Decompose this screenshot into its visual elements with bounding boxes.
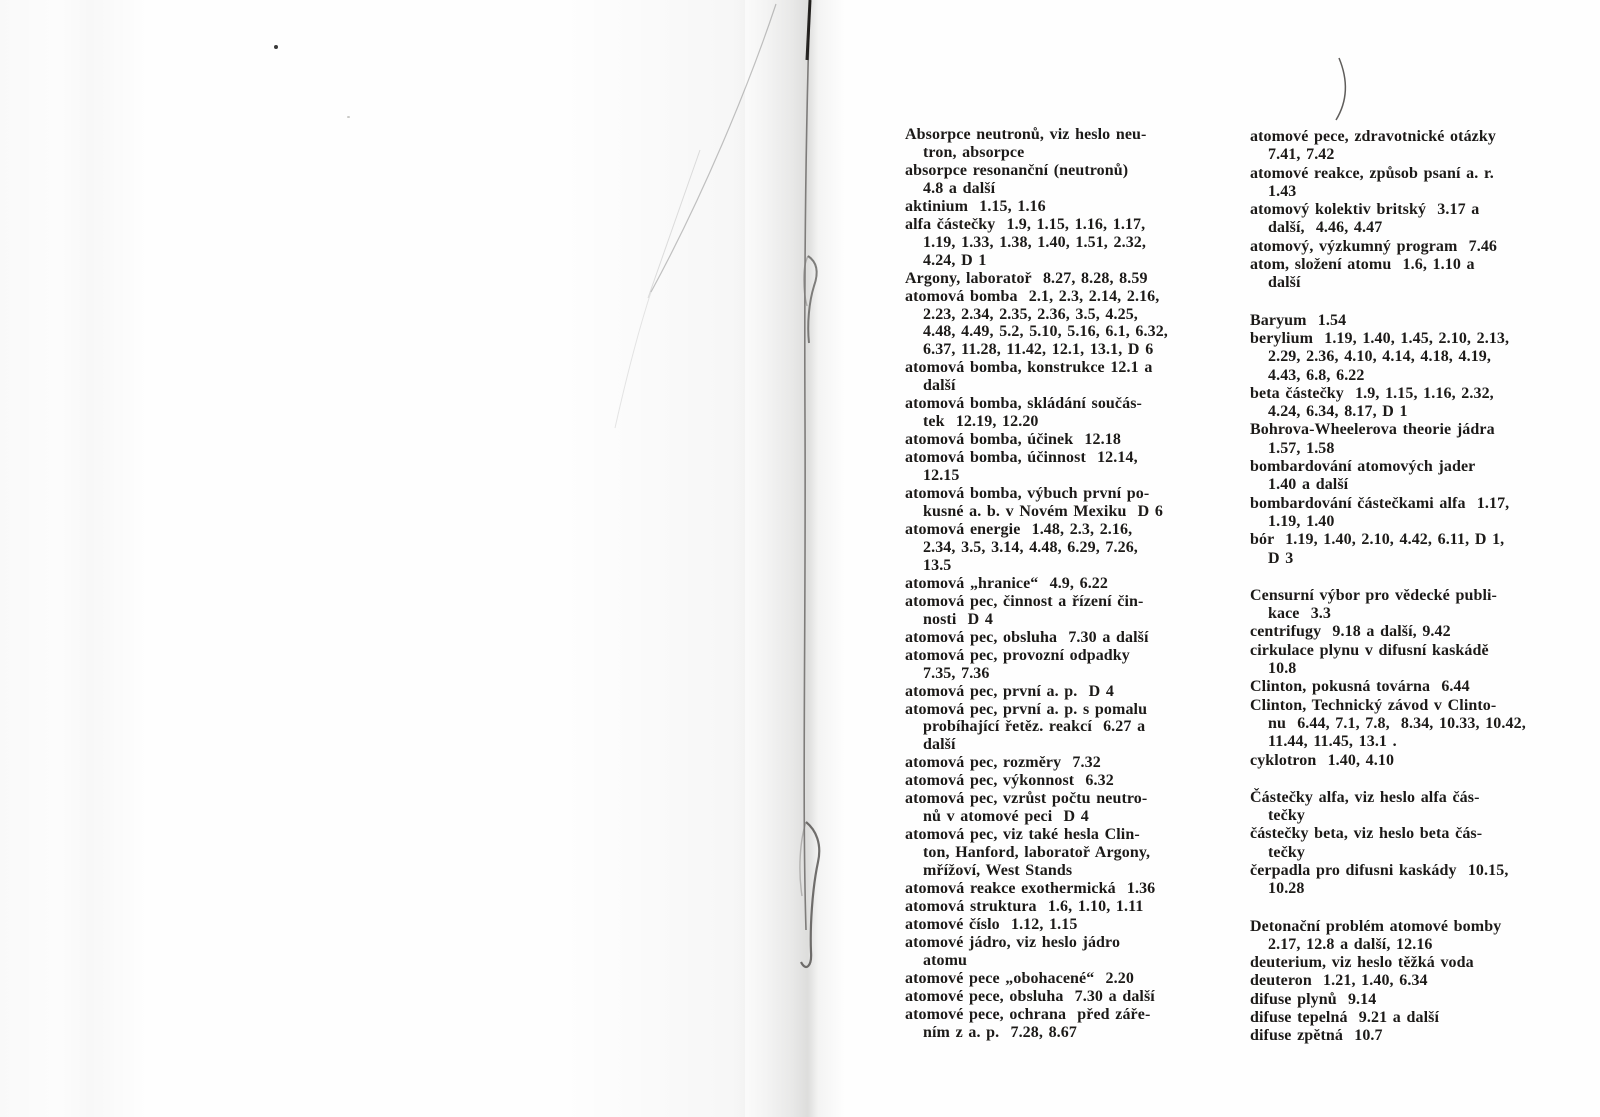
index-entry-line: 2.23, 2.34, 2.35, 2.36, 3.5, 4.25, [905,306,1205,324]
index-entry: atomová struktura 1.6, 1.10, 1.11 [905,898,1205,916]
index-entry-line: čerpadla pro difusni kaskády 10.15, [1250,862,1555,880]
index-entry: atomová bomba, výbuch první po-kusné a. … [905,485,1205,521]
index-entry-line: tron, absorpce [905,144,1205,162]
index-entry-line: další [905,736,1205,754]
index-entry-line: 1.19, 1.33, 1.38, 1.40, 1.51, 2.32, [905,234,1205,252]
index-entry-line: deuterium, viz heslo těžká voda [1250,954,1555,972]
index-column-left: Absorpce neutronů, viz heslo neu-tron, a… [905,126,1205,1042]
index-entry: atomová bomba 2.1, 2.3, 2.14, 2.16,2.23,… [905,288,1205,360]
index-entry-line: nů v atomové peci D 4 [905,808,1205,826]
index-entry-line: alfa částečky 1.9, 1.15, 1.16, 1.17, [905,216,1205,234]
index-entry: atomová pec, výkonnost 6.32 [905,772,1205,790]
index-entry-line: 4.24, 6.34, 8.17, D 1 [1250,403,1555,421]
index-entry: atomové pece, zdravotnické otázky7.41, 7… [1250,128,1555,165]
index-entry-line: 10.28 [1250,880,1555,898]
index-entry-line: atomová struktura 1.6, 1.10, 1.11 [905,898,1205,916]
index-entry-line: 1.57, 1.58 [1250,440,1555,458]
index-entry-line: 1.19, 1.40 [1250,513,1555,531]
index-entry: atomová pec, první a. p. D 4 [905,683,1205,701]
index-entry-line: atom, složení atomu 1.6, 1.10 a [1250,256,1555,274]
index-entry: atomová bomba, konstrukce 12.1 adalší [905,359,1205,395]
index-entry-line: difuse tepelná 9.21 a další [1250,1009,1555,1027]
index-entry-line: další, 4.46, 4.47 [1250,219,1555,237]
index-entry-line: difuse plynů 9.14 [1250,991,1555,1009]
index-entry-line: 2.29, 2.36, 4.10, 4.14, 4.18, 4.19, [1250,348,1555,366]
index-entry-line: atomové pece „obohacené“ 2.20 [905,970,1205,988]
index-entry-line: bombardování atomových jader [1250,458,1555,476]
index-entry-line: 10.8 [1250,660,1555,678]
index-entry-line: atomový kolektiv britský 3.17 a [1250,201,1555,219]
index-entry: aktinium 1.15, 1.16 [905,198,1205,216]
index-entry-line: atomová pec, první a. p. s pomalu [905,701,1205,719]
index-entry-line: atomová bomba, skládání součás- [905,395,1205,413]
index-entry: difuse tepelná 9.21 a další [1250,1009,1555,1027]
index-entry: atomový kolektiv britský 3.17 adalší, 4.… [1250,201,1555,238]
index-entry-line: 7.35, 7.36 [905,665,1205,683]
index-entry-line: D 3 [1250,550,1555,568]
index-entry-line: berylium 1.19, 1.40, 1.45, 2.10, 2.13, [1250,330,1555,348]
index-entry: bór 1.19, 1.40, 2.10, 4.42, 6.11, D 1,D … [1250,531,1555,568]
index-entry-line: centrifugy 9.18 a další, 9.42 [1250,623,1555,641]
index-entry: atomová „hranice“ 4.9, 6.22 [905,575,1205,593]
index-entry-line: atomové reakce, způsob psaní a. r. [1250,165,1555,183]
index-entry-line: 4.48, 4.49, 5.2, 5.10, 5.16, 6.1, 6.32, [905,323,1205,341]
index-entry: deuteron 1.21, 1.40, 6.34 [1250,972,1555,990]
index-entry: čerpadla pro difusni kaskády 10.15,10.28 [1250,862,1555,899]
index-entry: Absorpce neutronů, viz heslo neu-tron, a… [905,126,1205,162]
index-entry-line: Censurní výbor pro vědecké publi- [1250,587,1555,605]
index-column-right: atomové pece, zdravotnické otázky7.41, 7… [1250,128,1555,1046]
index-entry: bombardování částečkami alfa 1.17,1.19, … [1250,495,1555,532]
index-entry-line: atomové pece, zdravotnické otázky [1250,128,1555,146]
index-entry-line: Částečky alfa, viz heslo alfa čás- [1250,789,1555,807]
index-entry-line: další [905,377,1205,395]
index-entry-line: atomová pec, výkonnost 6.32 [905,772,1205,790]
index-entry-line: bombardování částečkami alfa 1.17, [1250,495,1555,513]
index-entry: atomové pece, ochrana před záře-ním z a.… [905,1006,1205,1042]
index-entry: atomová bomba, skládání součás-tek 12.19… [905,395,1205,431]
index-entry-line: další [1250,274,1555,292]
index-entry: atomové jádro, viz heslo jádroatomu [905,934,1205,970]
index-entry-line: beta částečky 1.9, 1.15, 1.16, 2.32, [1250,385,1555,403]
index-entry: atomové pece „obohacené“ 2.20 [905,970,1205,988]
index-entry: absorpce resonanční (neutronů)4.8 a dalš… [905,162,1205,198]
index-entry-line: 13.5 [905,557,1205,575]
binding-gutter [735,0,845,1117]
index-entry-line: tečky [1250,807,1555,825]
index-entry-line: cirkulace plynu v difusní kaskádě [1250,642,1555,660]
index-entry: Bohrova-Wheelerova theorie jádra1.57, 1.… [1250,421,1555,458]
index-entry-line: kace 3.3 [1250,605,1555,623]
index-entry: částečky beta, viz heslo beta čás-tečky [1250,825,1555,862]
index-entry-line: 4.24, D 1 [905,252,1205,270]
index-entry-line: atomová pec, obsluha 7.30 a další [905,629,1205,647]
index-entry-line: Clinton, pokusná továrna 6.44 [1250,678,1555,696]
book-scan: Rejstřík věcný 249 Absorpce neutronů, vi… [0,0,1600,1117]
index-entry-line: 1.43 [1250,183,1555,201]
index-entry: atomová pec, vzrůst počtu neutro-nů v at… [905,790,1205,826]
index-entry-line: atomové jádro, viz heslo jádro [905,934,1205,952]
index-entry: atomová pec, viz také hesla Clin-ton, Ha… [905,826,1205,880]
left-blank-page [0,0,745,1117]
index-entry-line: atomová pec, první a. p. D 4 [905,683,1205,701]
index-entry-line: atomové číslo 1.12, 1.15 [905,916,1205,934]
index-entry-line: tek 12.19, 12.20 [905,413,1205,431]
index-entry-line: probíhající řetěz. reakcí 6.27 a [905,718,1205,736]
index-entry-line: 4.8 a další [905,180,1205,198]
index-entry: difuse zpětná 10.7 [1250,1027,1555,1045]
index-entry-line: 7.41, 7.42 [1250,146,1555,164]
index-entry: atomová bomba, účinnost 12.14,12.15 [905,449,1205,485]
index-entry-line: atomová bomba, účinnost 12.14, [905,449,1205,467]
index-entry-line: 12.15 [905,467,1205,485]
index-entry-line: částečky beta, viz heslo beta čás- [1250,825,1555,843]
index-entry-line: atomová bomba 2.1, 2.3, 2.14, 2.16, [905,288,1205,306]
index-entry-line: 6.37, 11.28, 11.42, 12.1, 13.1, D 6 [905,341,1205,359]
index-entry-line: atomová reakce exothermická 1.36 [905,880,1205,898]
index-entry-line: atomová pec, rozměry 7.32 [905,754,1205,772]
index-entry-line: tečky [1250,844,1555,862]
index-entry-line: atomová bomba, výbuch první po- [905,485,1205,503]
index-entry-line: ton, Hanford, laboratoř Argony, [905,844,1205,862]
index-entry: cyklotron 1.40, 4.10 [1250,752,1555,770]
index-entry-line: atomové pece, obsluha 7.30 a další [905,988,1205,1006]
index-entry: Baryum 1.54 [1250,312,1555,330]
index-entry: difuse plynů 9.14 [1250,991,1555,1009]
paper-speck [347,116,350,118]
index-entry-line: deuteron 1.21, 1.40, 6.34 [1250,972,1555,990]
index-entry-line: 2.34, 3.5, 3.14, 4.48, 6.29, 7.26, [905,539,1205,557]
index-entry-line: difuse zpětná 10.7 [1250,1027,1555,1045]
index-entry: atomová reakce exothermická 1.36 [905,880,1205,898]
index-entry-line: atomová energie 1.48, 2.3, 2.16, [905,521,1205,539]
index-entry-line: atomová pec, vzrůst počtu neutro- [905,790,1205,808]
index-entry: beta částečky 1.9, 1.15, 1.16, 2.32,4.24… [1250,385,1555,422]
index-entry-line: bór 1.19, 1.40, 2.10, 4.42, 6.11, D 1, [1250,531,1555,549]
index-entry: atomová bomba, účinek 12.18 [905,431,1205,449]
index-entry-line: absorpce resonanční (neutronů) [905,162,1205,180]
index-entry: alfa částečky 1.9, 1.15, 1.16, 1.17,1.19… [905,216,1205,270]
index-entry: atomová energie 1.48, 2.3, 2.16,2.34, 3.… [905,521,1205,575]
index-entry: centrifugy 9.18 a další, 9.42 [1250,623,1555,641]
index-entry: Censurní výbor pro vědecké publi-kace 3.… [1250,587,1555,624]
index-entry-line: atomový, výzkumný program 7.46 [1250,238,1555,256]
index-entry-line: atomová bomba, konstrukce 12.1 a [905,359,1205,377]
index-entry-line: cyklotron 1.40, 4.10 [1250,752,1555,770]
index-entry-line: 1.40 a další [1250,476,1555,494]
index-entry: atomový, výzkumný program 7.46 [1250,238,1555,256]
index-entry: atomová pec, provozní odpadky7.35, 7.36 [905,647,1205,683]
index-entry-line: Argony, laboratoř 8.27, 8.28, 8.59 [905,270,1205,288]
index-entry-line: Bohrova-Wheelerova theorie jádra [1250,421,1555,439]
index-entry: Argony, laboratoř 8.27, 8.28, 8.59 [905,270,1205,288]
index-entry-line: mřížoví, West Stands [905,862,1205,880]
index-entry: berylium 1.19, 1.40, 1.45, 2.10, 2.13,2.… [1250,330,1555,385]
index-entry: atomová pec, první a. p. s pomaluprobíha… [905,701,1205,755]
index-entry-line: atomová pec, činnost a řízení čin- [905,593,1205,611]
index-entry: deuterium, viz heslo těžká voda [1250,954,1555,972]
index-entry-line: Baryum 1.54 [1250,312,1555,330]
index-entry-line: 11.44, 11.45, 13.1 . [1250,733,1555,751]
index-entry: atom, složení atomu 1.6, 1.10 adalší [1250,256,1555,293]
index-entry-line: Detonační problém atomové bomby [1250,918,1555,936]
index-entry: bombardování atomových jader1.40 a další [1250,458,1555,495]
index-entry: atomové reakce, způsob psaní a. r.1.43 [1250,165,1555,202]
index-entry: atomová pec, obsluha 7.30 a další [905,629,1205,647]
index-entry: Částečky alfa, viz heslo alfa čás-tečky [1250,789,1555,826]
index-entry: atomová pec, rozměry 7.32 [905,754,1205,772]
index-entry: atomové číslo 1.12, 1.15 [905,916,1205,934]
index-entry-line: atomová bomba, účinek 12.18 [905,431,1205,449]
index-entry-line: 4.43, 6.8, 6.22 [1250,367,1555,385]
index-entry: Clinton, Technický závod v Clinto-nu 6.4… [1250,697,1555,752]
index-entry-line: atomová pec, viz také hesla Clin- [905,826,1205,844]
index-entry-line: nosti D 4 [905,611,1205,629]
index-entry-line: atomová „hranice“ 4.9, 6.22 [905,575,1205,593]
index-entry-line: nu 6.44, 7.1, 7.8, 8.34, 10.33, 10.42, [1250,715,1555,733]
index-entry-line: atomové pece, ochrana před záře- [905,1006,1205,1024]
index-entry-line: atomová pec, provozní odpadky [905,647,1205,665]
paper-speck [274,45,278,49]
index-entry-line: atomu [905,952,1205,970]
index-entry: atomové pece, obsluha 7.30 a další [905,988,1205,1006]
index-entry: Detonační problém atomové bomby2.17, 12.… [1250,918,1555,955]
index-entry: cirkulace plynu v difusní kaskádě10.8 [1250,642,1555,679]
index-entry: Clinton, pokusná továrna 6.44 [1250,678,1555,696]
index-entry-line: Absorpce neutronů, viz heslo neu- [905,126,1205,144]
index-entry-line: kusné a. b. v Novém Mexiku D 6 [905,503,1205,521]
index-entry-line: aktinium 1.15, 1.16 [905,198,1205,216]
index-entry-line: Clinton, Technický závod v Clinto- [1250,697,1555,715]
index-entry: atomová pec, činnost a řízení čin-nosti … [905,593,1205,629]
index-entry-line: ním z a. p. 7.28, 8.67 [905,1024,1205,1042]
index-entry-line: 2.17, 12.8 a další, 12.16 [1250,936,1555,954]
